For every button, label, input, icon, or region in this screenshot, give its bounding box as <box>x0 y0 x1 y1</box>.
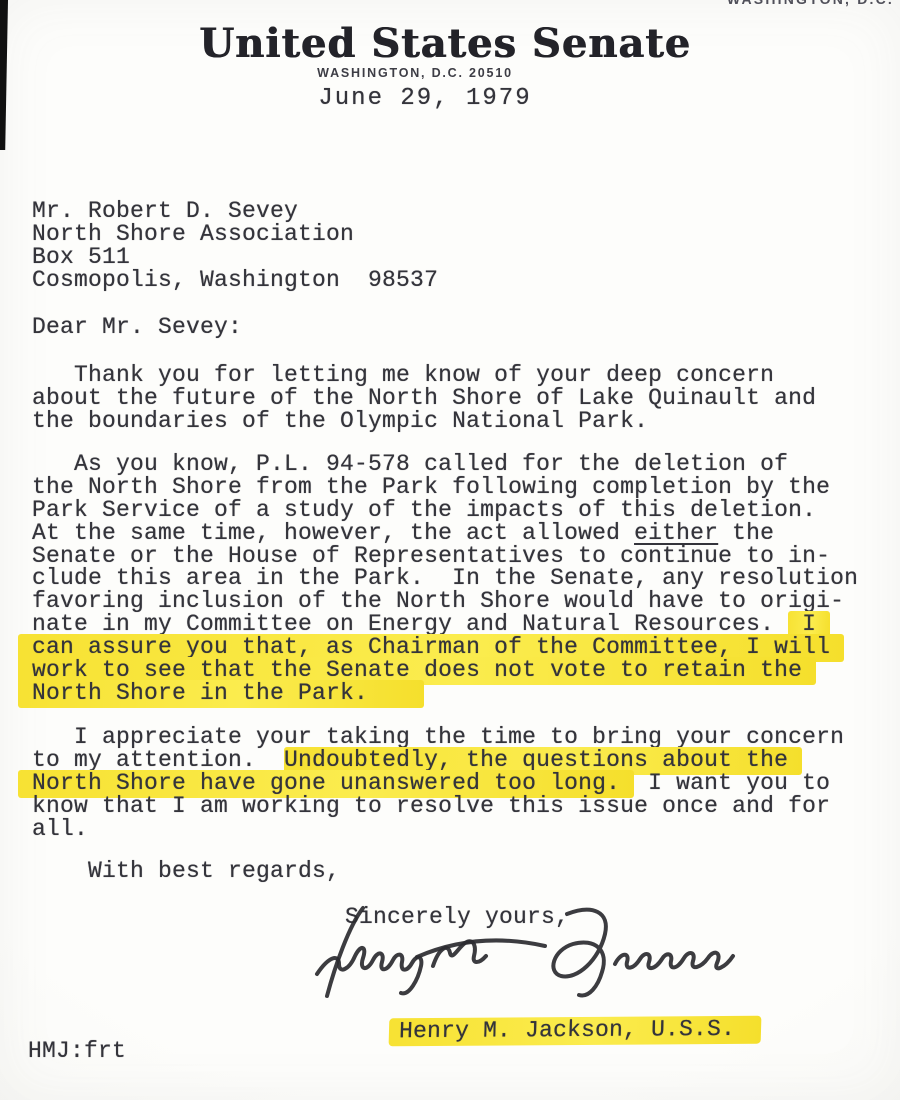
body-line: work to see that the Senate does not vot… <box>32 659 858 682</box>
typed-signature: Henry M. Jackson, U.S.S. <box>343 996 761 1019</box>
signature-handwriting <box>305 900 745 1010</box>
recipient-address: Mr. Robert D. SeveyNorth Shore Associati… <box>32 200 438 292</box>
body-line: all. <box>32 818 844 841</box>
salutation: Dear Mr. Sevey: <box>32 316 242 339</box>
body-line: can assure you that, as Chairman of the … <box>32 636 858 659</box>
letter-page: WASHINGTON, D.C. United States Senate WA… <box>0 0 900 1100</box>
body-line: Senate or the House of Representatives t… <box>32 545 858 568</box>
address-line: Box 511 <box>32 246 438 269</box>
body-line: At the same time, however, the act allow… <box>32 522 858 545</box>
address-line: Cosmopolis, Washington 98537 <box>32 269 438 292</box>
closing-regards: With best regards, <box>32 860 340 883</box>
letter-date: June 29, 1979 <box>0 85 850 112</box>
letterhead-title: United States Senate <box>0 20 890 67</box>
body-line: the North Shore from the Park following … <box>32 476 858 499</box>
paragraph: I appreciate your taking the time to bri… <box>32 726 844 840</box>
body-line: Park Service of a study of the impacts o… <box>32 499 858 522</box>
highlighted-text: North Shore in the Park. <box>18 680 424 708</box>
body-line: nate in my Committee on Energy and Natur… <box>32 613 858 636</box>
body-line: North Shore have gone unanswered too lon… <box>32 772 844 795</box>
typist-initials: HMJ:frt <box>28 1040 126 1063</box>
body-line: clude this area in the Park. In the Sena… <box>32 567 858 590</box>
paragraph: As you know, P.L. 94-578 called for the … <box>32 453 858 705</box>
body-line: to my attention. Undoubtedly, the questi… <box>32 749 844 772</box>
body-line: favoring inclusion of the North Shore wo… <box>32 590 858 613</box>
body-line: know that I am working to resolve this i… <box>32 795 844 818</box>
letterhead-address: WASHINGTON, D.C. 20510 <box>0 66 830 80</box>
body-line: the boundaries of the Olympic National P… <box>32 410 816 433</box>
typed-signature-highlight: Henry M. Jackson, U.S.S. <box>389 1016 762 1047</box>
address-line: Mr. Robert D. Sevey <box>32 200 438 223</box>
address-line: North Shore Association <box>32 223 438 246</box>
body-line: As you know, P.L. 94-578 called for the … <box>32 453 858 476</box>
body-line: Thank you for letting me know of your de… <box>32 364 816 387</box>
body-line: North Shore in the Park. <box>32 682 858 705</box>
body-line: about the future of the North Shore of L… <box>32 387 816 410</box>
body-line: I appreciate your taking the time to bri… <box>32 726 844 749</box>
scan-corner-text: WASHINGTON, D.C. <box>727 0 894 7</box>
paragraph: Thank you for letting me know of your de… <box>32 364 816 433</box>
